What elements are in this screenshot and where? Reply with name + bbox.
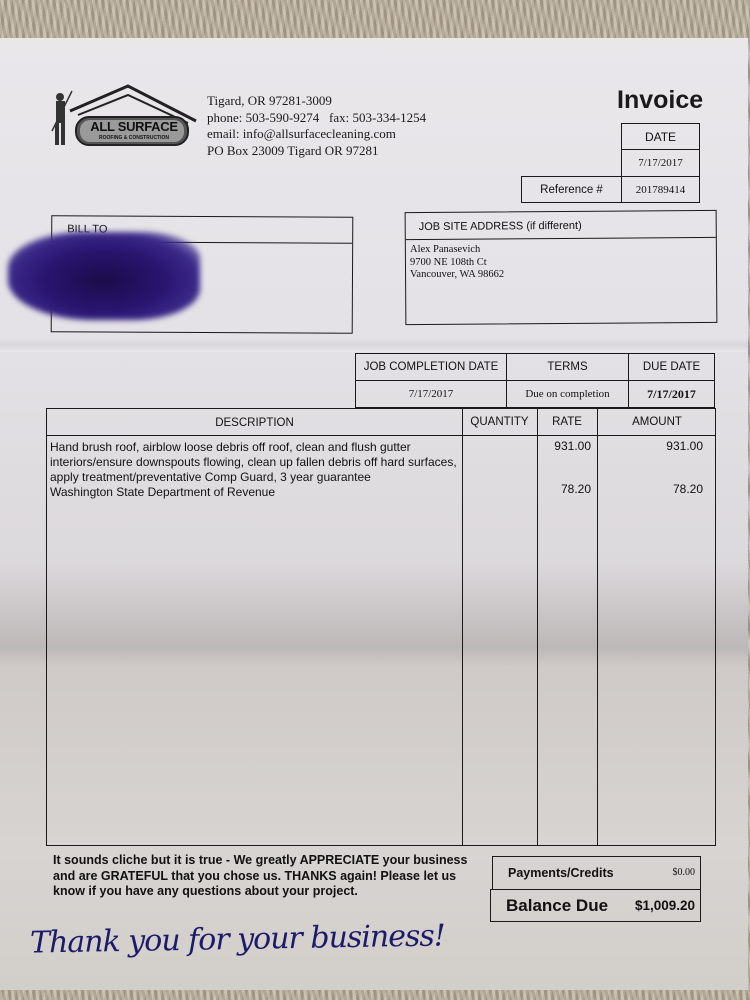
line-item-amount: 78.20 — [640, 482, 703, 496]
company-address: Tigard, OR 97281-3009 — [207, 93, 426, 110]
job-site-city: Vancouver, WA 98662 — [410, 269, 504, 282]
job-site-header: JOB SITE ADDRESS (if different) — [406, 211, 716, 240]
line-item-description: Washington State Department of Revenue — [50, 485, 460, 500]
paper-fold — [0, 338, 748, 352]
column-divider — [537, 409, 538, 845]
balance-due-label: Balance Due — [506, 896, 608, 916]
balance-due-value: $1,009.20 — [635, 898, 695, 913]
quantity-header: QUANTITY — [462, 416, 537, 428]
line-item-rate: 78.20 — [536, 482, 591, 496]
due-date-value: 7/17/2017 — [628, 380, 715, 408]
reference-value: 201789414 — [621, 176, 700, 203]
handwritten-note: Thank you for your business! — [30, 918, 445, 960]
payments-credits-value: $0.00 — [673, 867, 696, 878]
company-phone-fax: phone: 503-590-9274 fax: 503-334-1254 — [207, 110, 426, 127]
company-email: email: info@allsurfacecleaning.com — [207, 126, 426, 143]
job-completion-date-value: 7/17/2017 — [355, 380, 507, 408]
description-header: DESCRIPTION — [47, 417, 462, 429]
payments-credits-box: Payments/Credits $0.00 — [492, 856, 701, 890]
logo-tagline: ROOFING & CONSTRUCTION — [84, 135, 184, 141]
logo-name: ALL SURFACE — [84, 119, 184, 134]
line-item-rate: 931.00 — [536, 439, 591, 453]
column-divider — [462, 409, 463, 845]
terms-header: TERMS — [506, 353, 629, 381]
amount-header: AMOUNT — [597, 416, 717, 428]
date-value: 7/17/2017 — [621, 149, 700, 177]
line-item-amount: 931.00 — [640, 439, 703, 453]
job-site-street: 9700 NE 108th Ct — [410, 257, 504, 270]
company-logo: ALL SURFACE ROOFING & CONSTRUCTION — [48, 83, 198, 153]
company-po-box: PO Box 23009 Tigard OR 97281 — [207, 143, 426, 160]
date-label: DATE — [621, 123, 700, 150]
logo-house-icon — [48, 83, 198, 153]
line-item-description: Hand brush roof, airblow loose debris of… — [50, 440, 460, 485]
line-items-descriptions: Hand brush roof, airblow loose debris of… — [50, 440, 460, 500]
company-contact: Tigard, OR 97281-3009 phone: 503-590-927… — [207, 93, 426, 159]
balance-due-box: Balance Due $1,009.20 — [490, 889, 701, 922]
payments-credits-label: Payments/Credits — [508, 866, 614, 880]
job-site-label: JOB SITE ADDRESS (if different) — [419, 220, 582, 233]
terms-value: Due on completion — [506, 380, 629, 408]
redaction-scribble — [8, 232, 200, 320]
rate-header: RATE — [537, 416, 597, 428]
invoice-title: Invoice — [617, 86, 703, 115]
job-completion-date-header: JOB COMPLETION DATE — [355, 353, 507, 381]
job-site-address: Alex Panasevich 9700 NE 108th Ct Vancouv… — [410, 244, 504, 282]
thank-you-message: It sounds cliche but it is true - We gre… — [53, 853, 483, 900]
reference-label: Reference # — [521, 176, 622, 203]
job-site-name: Alex Panasevich — [410, 244, 504, 257]
column-divider — [597, 409, 598, 845]
due-date-header: DUE DATE — [628, 353, 715, 381]
